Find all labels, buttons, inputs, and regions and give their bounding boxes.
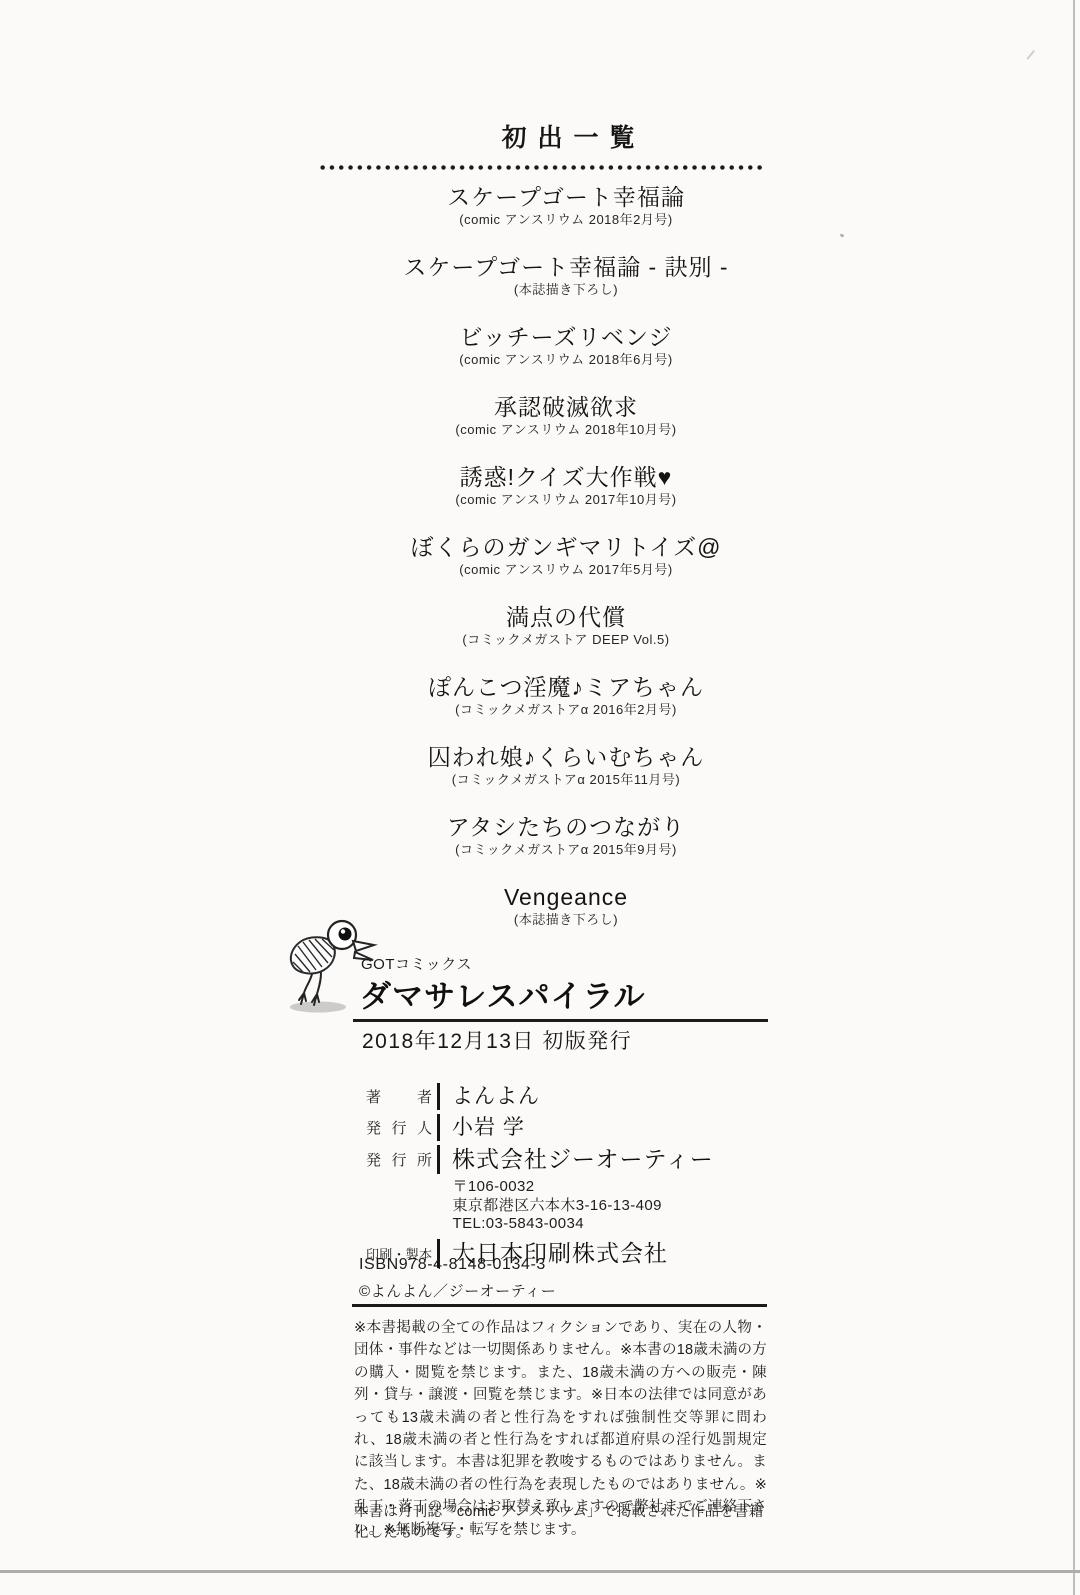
list-item: ぽんこつ淫魔♪ミアちゃん (コミックメガストアα 2016年2月号) xyxy=(346,674,786,744)
list-item: Vengeance (本誌描き下ろし) xyxy=(346,884,786,954)
publisher-tel: TEL:03-5843-0034 xyxy=(453,1215,771,1233)
edition-date: 2018年12月13日 初版発行 xyxy=(362,1025,632,1055)
page-edge-right xyxy=(1073,0,1075,1595)
work-source: (コミックメガストアα 2015年9月号) xyxy=(346,842,786,858)
publisher-postal: 〒106-0032 xyxy=(453,1178,771,1196)
work-source: (コミックメガストア DEEP Vol.5) xyxy=(346,632,786,648)
credit-value: 株式会社ジーオーティー xyxy=(437,1145,714,1174)
page-edge-bottom xyxy=(0,1570,1080,1573)
work-source: (comic アンスリウム 2018年10月号) xyxy=(346,422,786,438)
serialization-note: 本書は月刊誌「comic アンスリウム」で掲載された作品を書籍化したものです。 xyxy=(354,1500,774,1542)
dotted-divider xyxy=(318,164,764,171)
work-source: (comic アンスリウム 2018年6月号) xyxy=(346,352,786,368)
list-item: スケープゴート幸福論 - 訣別 - (本誌描き下ろし) xyxy=(346,254,786,324)
credit-row-publisher: 発行所 株式会社ジーオーティー xyxy=(366,1145,770,1174)
work-title: ビッチーズリベンジ xyxy=(346,324,786,351)
first-publication-list: スケープゴート幸福論 (comic アンスリウム 2018年2月号) スケープゴ… xyxy=(346,184,786,954)
work-title: ぽんこつ淫魔♪ミアちゃん xyxy=(346,674,786,701)
colophon-page: 初出一覧 スケープゴート幸福論 (comic アンスリウム 2018年2月号) … xyxy=(0,0,1080,1595)
list-item: 誘惑!クイズ大作戦♥ (comic アンスリウム 2017年10月号) xyxy=(346,464,786,534)
list-item: 満点の代償 (コミックメガストア DEEP Vol.5) xyxy=(346,604,786,674)
work-source: (comic アンスリウム 2017年10月号) xyxy=(346,492,786,508)
work-source: (本誌描き下ろし) xyxy=(346,282,786,298)
credit-row-author: 著者 よんよん xyxy=(366,1083,770,1110)
copyright-line: ©よんよん／ジーオーティー xyxy=(359,1280,556,1301)
credit-row-publisher-person: 発行人 小岩 学 xyxy=(366,1114,770,1141)
work-title: 満点の代償 xyxy=(346,604,786,631)
scan-speck xyxy=(1026,50,1034,59)
page-title: 初出一覧 xyxy=(358,118,778,154)
work-source: (本誌描き下ろし) xyxy=(346,912,786,928)
work-source: (comic アンスリウム 2018年2月号) xyxy=(346,212,786,228)
book-title: ダマサレスパイラル xyxy=(360,971,646,1016)
list-item: ぼくらのガンギマリトイズ@ (comic アンスリウム 2017年5月号) xyxy=(346,534,786,604)
work-title: Vengeance xyxy=(346,884,786,911)
work-source: (コミックメガストアα 2015年11月号) xyxy=(346,772,786,788)
credits-block: 著者 よんよん 発行人 小岩 学 発行所 株式会社ジーオーティー 〒106-00… xyxy=(366,1083,770,1272)
work-title: アタシたちのつながり xyxy=(346,814,786,841)
credit-label: 発行所 xyxy=(366,1149,432,1170)
work-title: 囚われ娘♪くらいむちゃん xyxy=(346,744,786,771)
scan-speck xyxy=(840,233,845,238)
work-title: スケープゴート幸福論 - 訣別 - xyxy=(346,254,786,281)
work-title: 承認破滅欲求 xyxy=(346,394,786,421)
list-item: アタシたちのつながり (コミックメガストアα 2015年9月号) xyxy=(346,814,786,884)
title-divider xyxy=(353,1019,768,1022)
list-item: ビッチーズリベンジ (comic アンスリウム 2018年6月号) xyxy=(346,324,786,394)
list-item: 囚われ娘♪くらいむちゃん (コミックメガストアα 2015年11月号) xyxy=(346,744,786,814)
publisher-details: 〒106-0032 東京都港区六本木3-16-13-409 TEL:03-584… xyxy=(453,1178,771,1233)
work-title: ぼくらのガンギマリトイズ@ xyxy=(346,534,786,561)
credit-label: 発行人 xyxy=(366,1117,432,1138)
work-title: スケープゴート幸福論 xyxy=(346,184,786,211)
list-item: 承認破滅欲求 (comic アンスリウム 2018年10月号) xyxy=(346,394,786,464)
work-source: (コミックメガストアα 2016年2月号) xyxy=(346,702,786,718)
work-title: 誘惑!クイズ大作戦♥ xyxy=(346,464,786,491)
credit-label: 著者 xyxy=(366,1086,432,1107)
credit-value: よんよん xyxy=(437,1083,540,1110)
work-source: (comic アンスリウム 2017年5月号) xyxy=(346,562,786,578)
list-item: スケープゴート幸福論 (comic アンスリウム 2018年2月号) xyxy=(346,184,786,254)
isbn: ISBN978-4-8148-0134-3 xyxy=(359,1256,546,1274)
publisher-address: 東京都港区六本木3-16-13-409 xyxy=(453,1197,771,1215)
credit-value: 小岩 学 xyxy=(437,1114,525,1141)
legal-divider xyxy=(352,1304,767,1307)
